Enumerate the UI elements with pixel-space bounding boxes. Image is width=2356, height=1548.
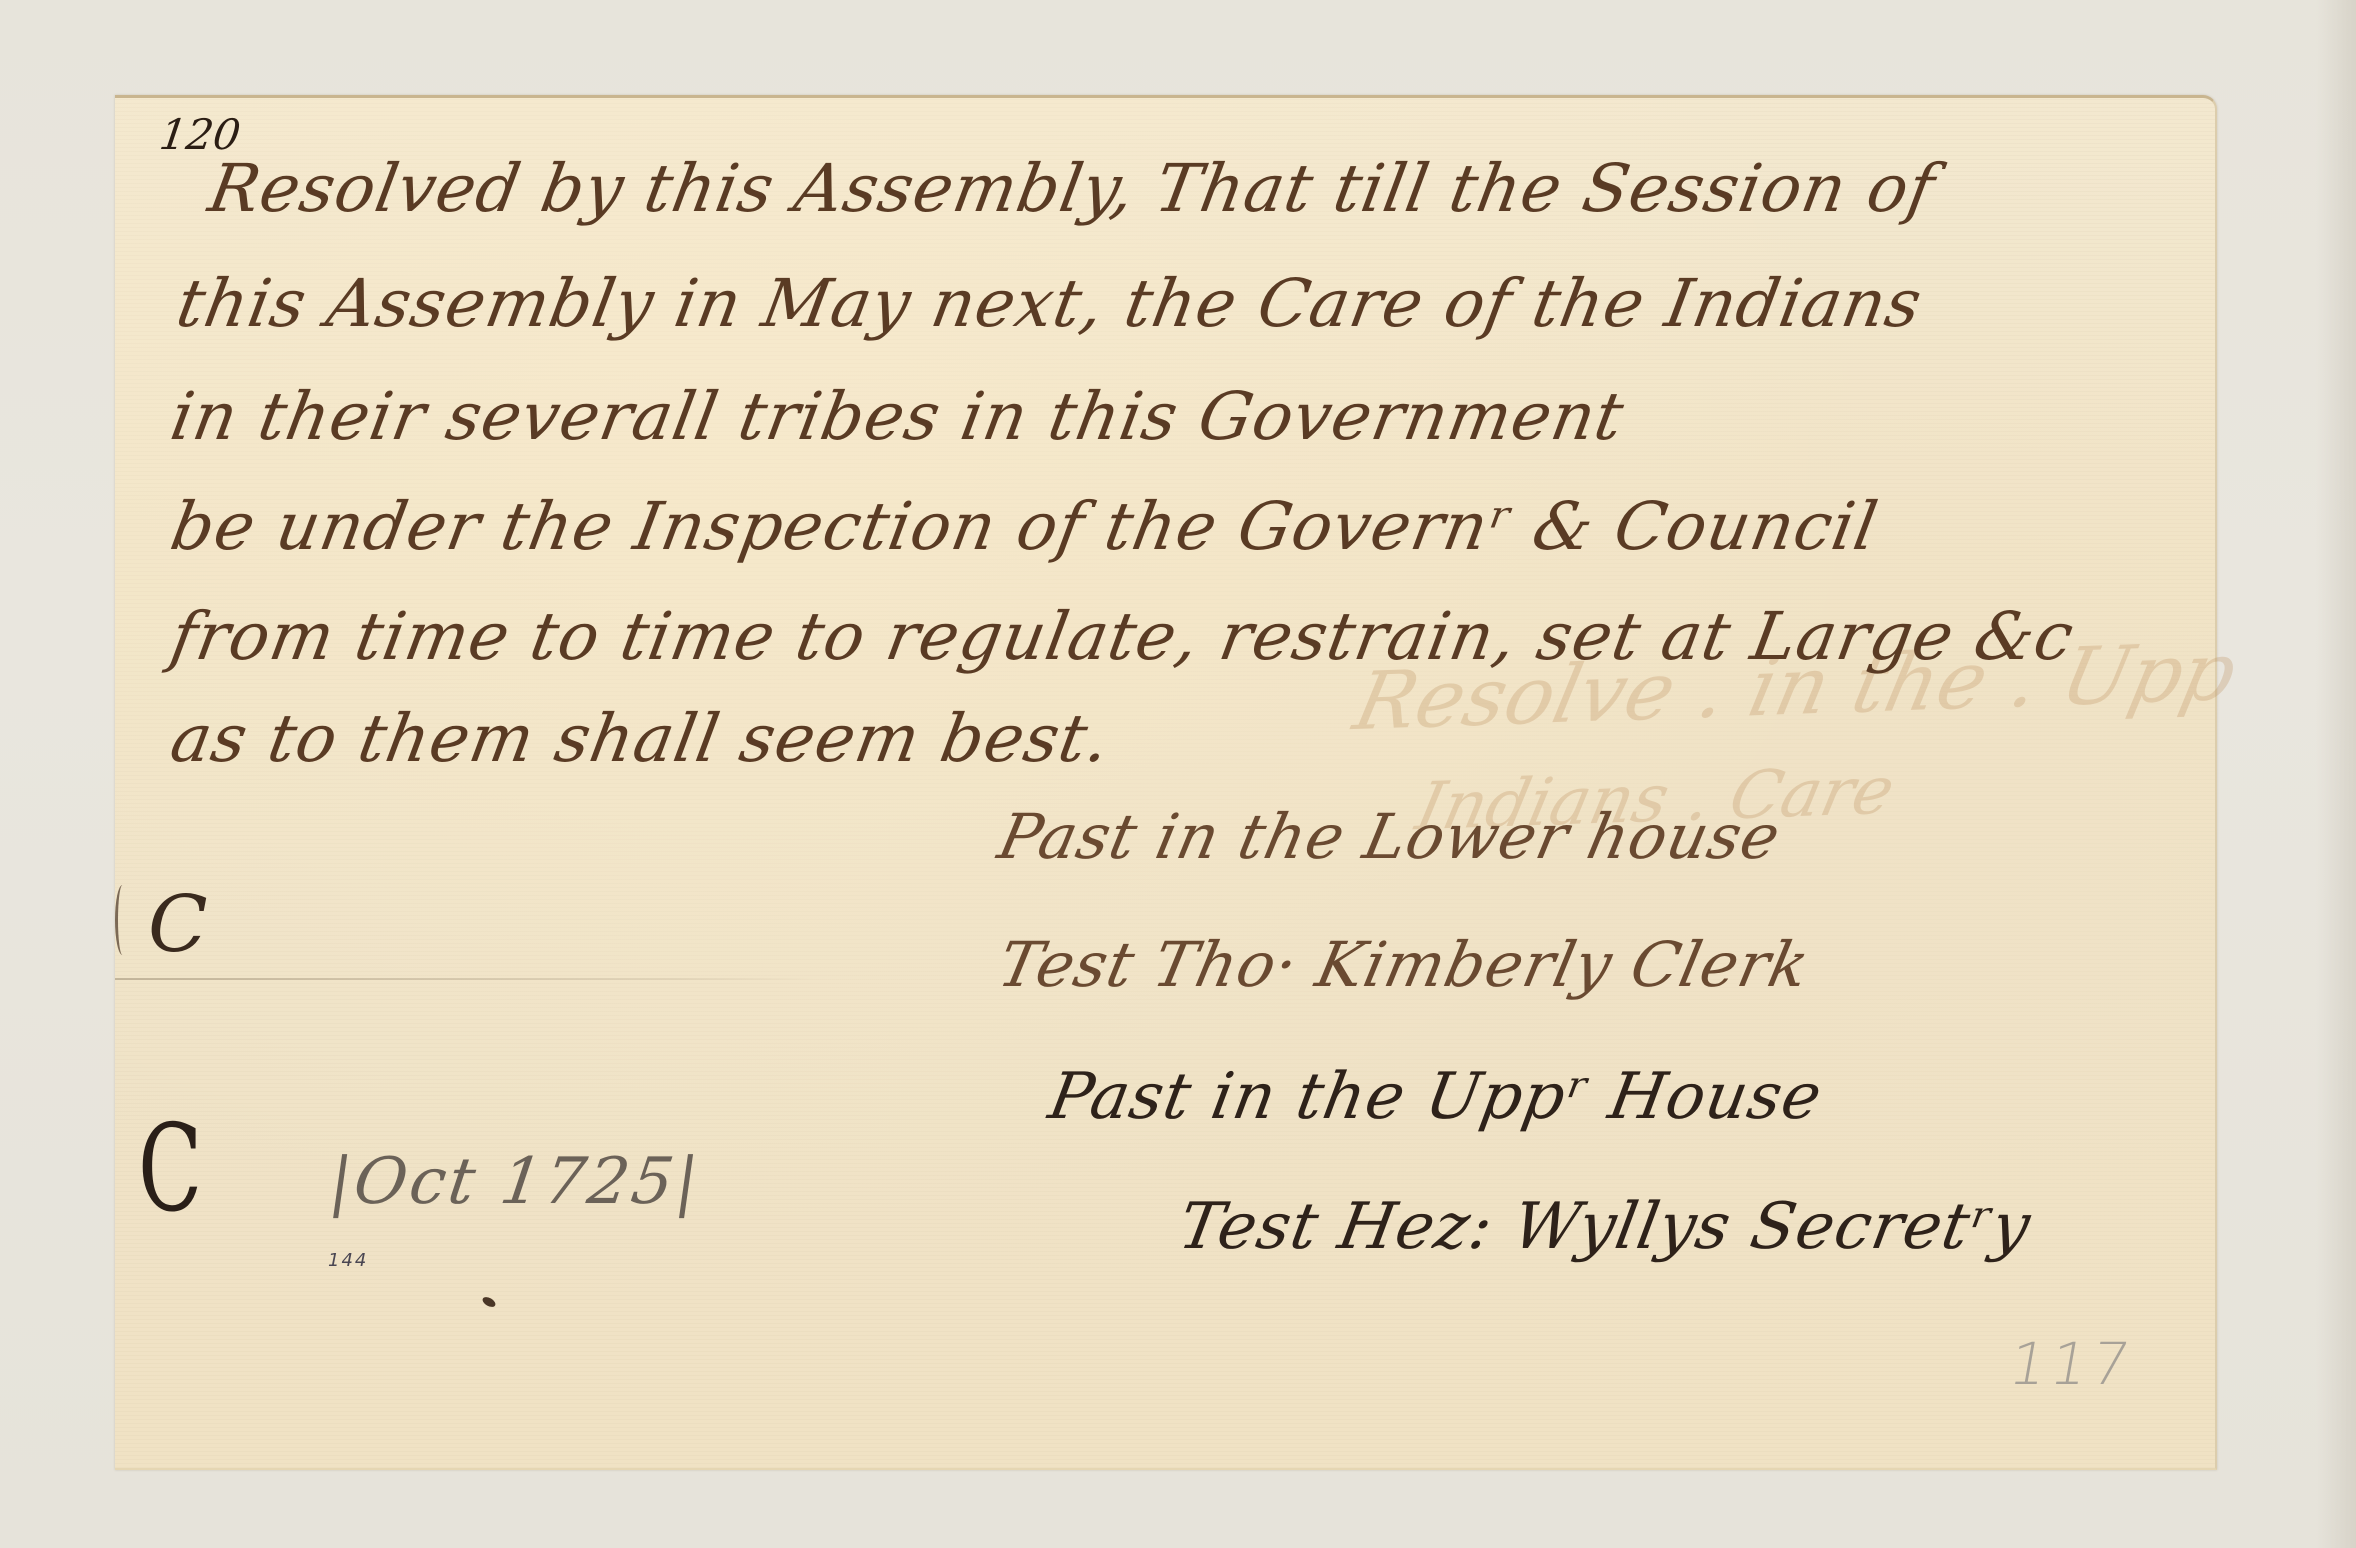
resolution-line-2: this Assembly in May next, the Care of t… <box>171 265 1928 342</box>
margin-mark-lower-c: C <box>138 1100 202 1239</box>
resolution-line-6: as to them shall seem best. <box>165 700 1116 777</box>
lower-house-passage: Past in the Lower house <box>992 800 1787 873</box>
pencil-folio-number: 117 <box>2004 1330 2139 1398</box>
lower-house-clerk-signature: Test Tho· Kimberly Clerk <box>992 928 1816 1001</box>
fold-crease <box>115 978 815 980</box>
catalog-number: 144 <box>328 1250 368 1271</box>
resolution-line-3: in their severall tribes in this Governm… <box>165 378 1630 455</box>
upper-house-secretary-signature: Test Hez: Wyllys Secretʳy <box>1173 1190 2036 1264</box>
upper-house-passage: Past in the Uppʳ House <box>1043 1060 1827 1134</box>
resolution-line-1: Resolved by this Assembly, That till the… <box>203 150 1941 227</box>
margin-mark-stub <box>115 885 130 955</box>
margin-mark-upper-c: C <box>148 880 208 970</box>
mat-shadow <box>2316 0 2356 1548</box>
resolution-line-5: from time to time to regulate, restrain,… <box>165 598 2080 675</box>
resolution-line-4: be under the Inspection of the Governʳ &… <box>165 488 1883 565</box>
archival-date-note: |Oct 1725| <box>325 1145 706 1219</box>
